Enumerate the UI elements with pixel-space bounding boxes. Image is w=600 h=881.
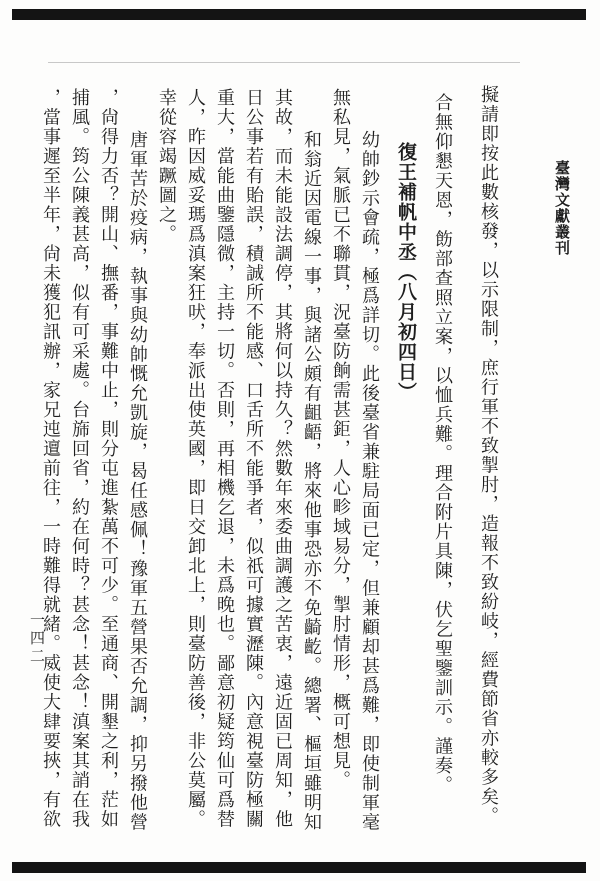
memorial-quote-column: 合無仰懇天恩，飭部查照立案，以恤兵難。理合附片具陳，伏乞聖鑒訓示。謹奏。	[431, 85, 455, 860]
letter-body-column: 和翁近因電線一事，與諸公頗有齟齬，將來他事恐亦不免齮齕。總署、樞垣雖明知	[300, 85, 324, 860]
header-rule-line	[48, 62, 520, 63]
letter-body-column: ，尙得力否？開山、撫番，事難中止，則分屯進紮萬不可少。至通商、開墾之利，茫如	[97, 85, 121, 860]
text-area: 擬請即按此數核發，以示限制，庶行軍不致掣肘，造報不致紛岐，經費節省亦較多矣。合無…	[39, 85, 501, 860]
letter-body: 幼帥鈔示會疏，極爲詳切。此後臺省兼駐局面已定，但兼顧却甚爲難，即使制軍毫無私見，…	[39, 85, 382, 860]
letter-body-column: 其故，而未能設法調停，其將何以持久？然數年來委曲調護之苦衷，遠近固已周知，他	[271, 85, 295, 860]
letter-body-column: 無私見，氣脈已不聯貫，況臺防餉需甚鉅，人心畛域易分，掣肘情形，概可想見。	[329, 85, 353, 860]
letter-title: 復王補帆中丞（八月初四日）	[392, 85, 418, 860]
memorial-quote-column: 擬請即按此數核發，以示限制，庶行軍不致掣肘，造報不致紛岐，經費節省亦較多矣。	[477, 85, 501, 860]
letter-title-main: 復王補帆中丞	[395, 142, 416, 262]
bottom-border-bar	[12, 862, 586, 873]
memorial-quote: 擬請即按此數核發，以示限制，庶行軍不致掣肘，造報不致紛岐，經費節省亦較多矣。合無…	[431, 85, 501, 860]
letter-body-column: 幼帥鈔示會疏，極爲詳切。此後臺省兼駐局面已定，但兼顧却甚爲難，即使制軍毫	[358, 85, 382, 860]
letter-title-date: （八月初四日）	[395, 262, 416, 402]
letter-body-column: 日公事若有貽誤，積誠所不能感、口舌所不能爭者，似祇可據實瀝陳。內意視臺防極關	[242, 85, 266, 860]
letter-body-column: 幸從容竭蹶圖之。	[155, 85, 179, 860]
letter-body-column: 唐軍苦於疫病，執事與幼帥慨允凱旋，曷任感佩！豫軍五營果否允調，抑另撥他營	[126, 85, 150, 860]
top-border-bar	[12, 9, 586, 20]
letter-body-column: 捕風。筠公陳義甚高，似有可采處。台旆回省，約在何時？甚念！甚念！滇案其誚在我	[68, 85, 92, 860]
letter-body-column: 人，昨因威妥瑪爲滇案狂吠，奉派出使英國，即日交卸北上，則臺防善後，非公莫屬。	[184, 85, 208, 860]
letter-body-column: ，當事遲至半年，尙未獲犯訊辦，家兄迍邅前往，一時難得就緒。威使大肆要挾，有欲	[39, 85, 63, 860]
letter-body-column: 重大，當能曲鑒隱微，主持一切。否則，再相機乞退，未爲晚也。鄙意初疑筠仙可爲替	[213, 85, 237, 860]
collection-header: 臺灣文獻叢刊	[551, 160, 572, 270]
